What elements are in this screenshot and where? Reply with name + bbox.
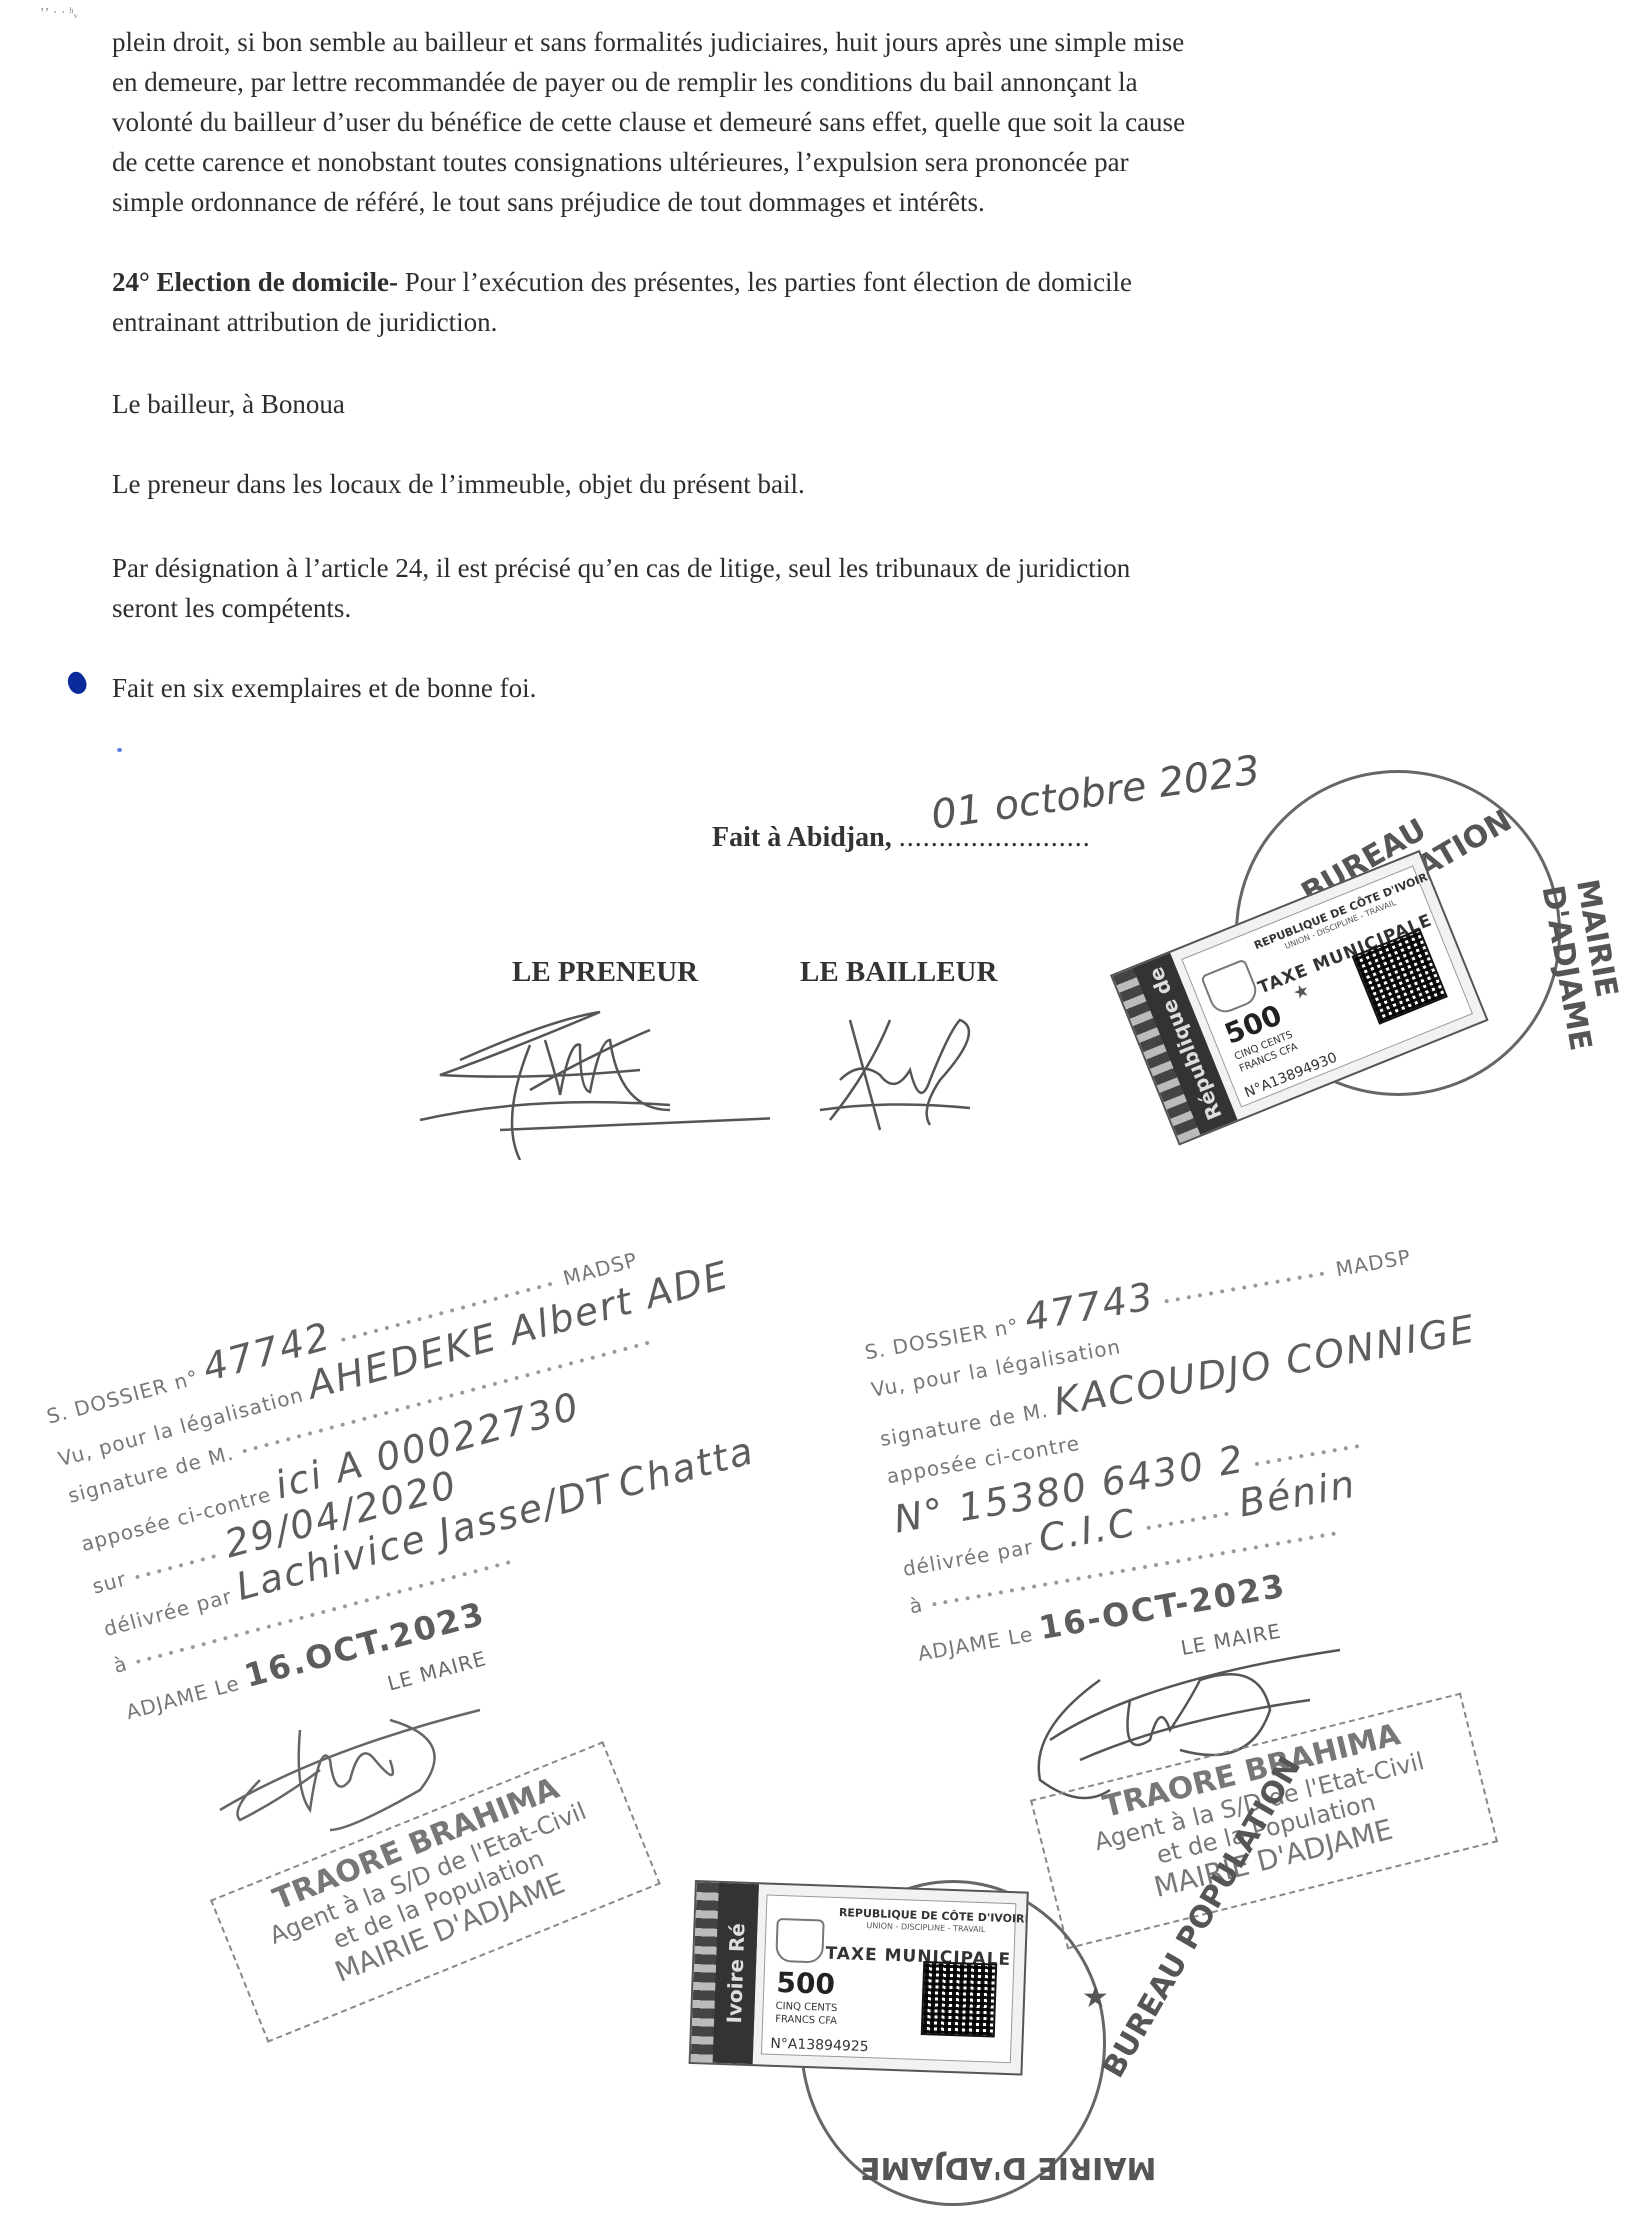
designation-line: Par désignation à l’article 24, il est p… — [112, 548, 1412, 588]
preneur-domicile: Le preneur dans les locaux de l’immeuble… — [112, 464, 1412, 504]
clause-continuation: plein droit, si bon semble au bailleur e… — [112, 22, 1412, 222]
round-stamp-top-bottom-text: MAIRIE D'ADJAME — [1535, 877, 1633, 1054]
bailleur-domicile: Le bailleur, à Bonoua — [112, 384, 1412, 424]
handwritten-date: 01 octobre 2023 — [928, 747, 1262, 839]
datamatrix-code-icon — [921, 1961, 998, 2038]
preneur-signature-icon — [410, 1000, 770, 1160]
article-24-text: Pour l’exécution des présentes, les part… — [398, 267, 1132, 297]
article-24-heading: 24° Election de domicile- — [112, 267, 398, 297]
scan-artifact: ʽʼ · · ʰᵥ — [40, 6, 78, 22]
star-icon: ★ — [1290, 979, 1313, 1005]
stamp-amount-words: CINQ CENTS FRANCS CFA — [775, 2000, 866, 2029]
tax-stamp-bottom: Ivoire Ré REPUBLIQUE DE CÔTE D'IVOIRE UN… — [689, 1880, 1029, 2076]
legalization-stamp-left: S. DOSSIER n° 47742 ••••••••••••••••••••… — [40, 1210, 814, 1772]
designation-line: seront les compétents. — [112, 588, 1412, 628]
stamp-amount: 500 — [776, 1966, 836, 2001]
scanned-lease-page: ʽʼ · · ʰᵥ plein droit, si bon semble au … — [0, 0, 1635, 2227]
clause-line: plein droit, si bon semble au bailleur e… — [112, 22, 1412, 62]
ink-blot-icon — [63, 669, 90, 697]
ink-dot-icon — [117, 748, 122, 752]
preneur-label: LE PRENEUR — [512, 956, 698, 989]
designation-paragraph: Par désignation à l’article 24, il est p… — [112, 548, 1412, 628]
stamp-inner: REPUBLIQUE DE CÔTE D'IVOIRE UNION - DISC… — [761, 1895, 1016, 2064]
stamp-serial: N°A13894925 — [770, 2036, 869, 2055]
bailleur-signature-icon — [810, 1000, 990, 1150]
coat-of-arms-icon — [775, 1918, 825, 1964]
place-label: Fait à Abidjan, — [712, 822, 899, 853]
round-stamp-bottom-text: MAIRIE D'ADJAME — [860, 2150, 1156, 2185]
clause-line: volonté du bailleur d’user du bénéfice d… — [112, 102, 1412, 142]
clause-line: en demeure, par lettre recommandée de pa… — [112, 62, 1412, 102]
star-icon: ★ — [1082, 1980, 1109, 2015]
article-24-text-2: entrainant attribution de juridiction. — [112, 302, 1412, 342]
article-24: 24° Election de domicile- Pour l’exécuti… — [112, 262, 1412, 342]
clause-line: de cette carence et nonobstant toutes co… — [112, 142, 1412, 182]
place-date: Fait à Abidjan, ........................ — [712, 822, 1091, 854]
copies-statement: Fait en six exemplaires et de bonne foi. — [112, 668, 1412, 708]
clause-line: simple ordonnance de référé, le tout san… — [112, 182, 1412, 222]
bailleur-label: LE BAILLEUR — [800, 956, 997, 989]
stamp-band-text: Ivoire Ré — [713, 1883, 759, 2064]
